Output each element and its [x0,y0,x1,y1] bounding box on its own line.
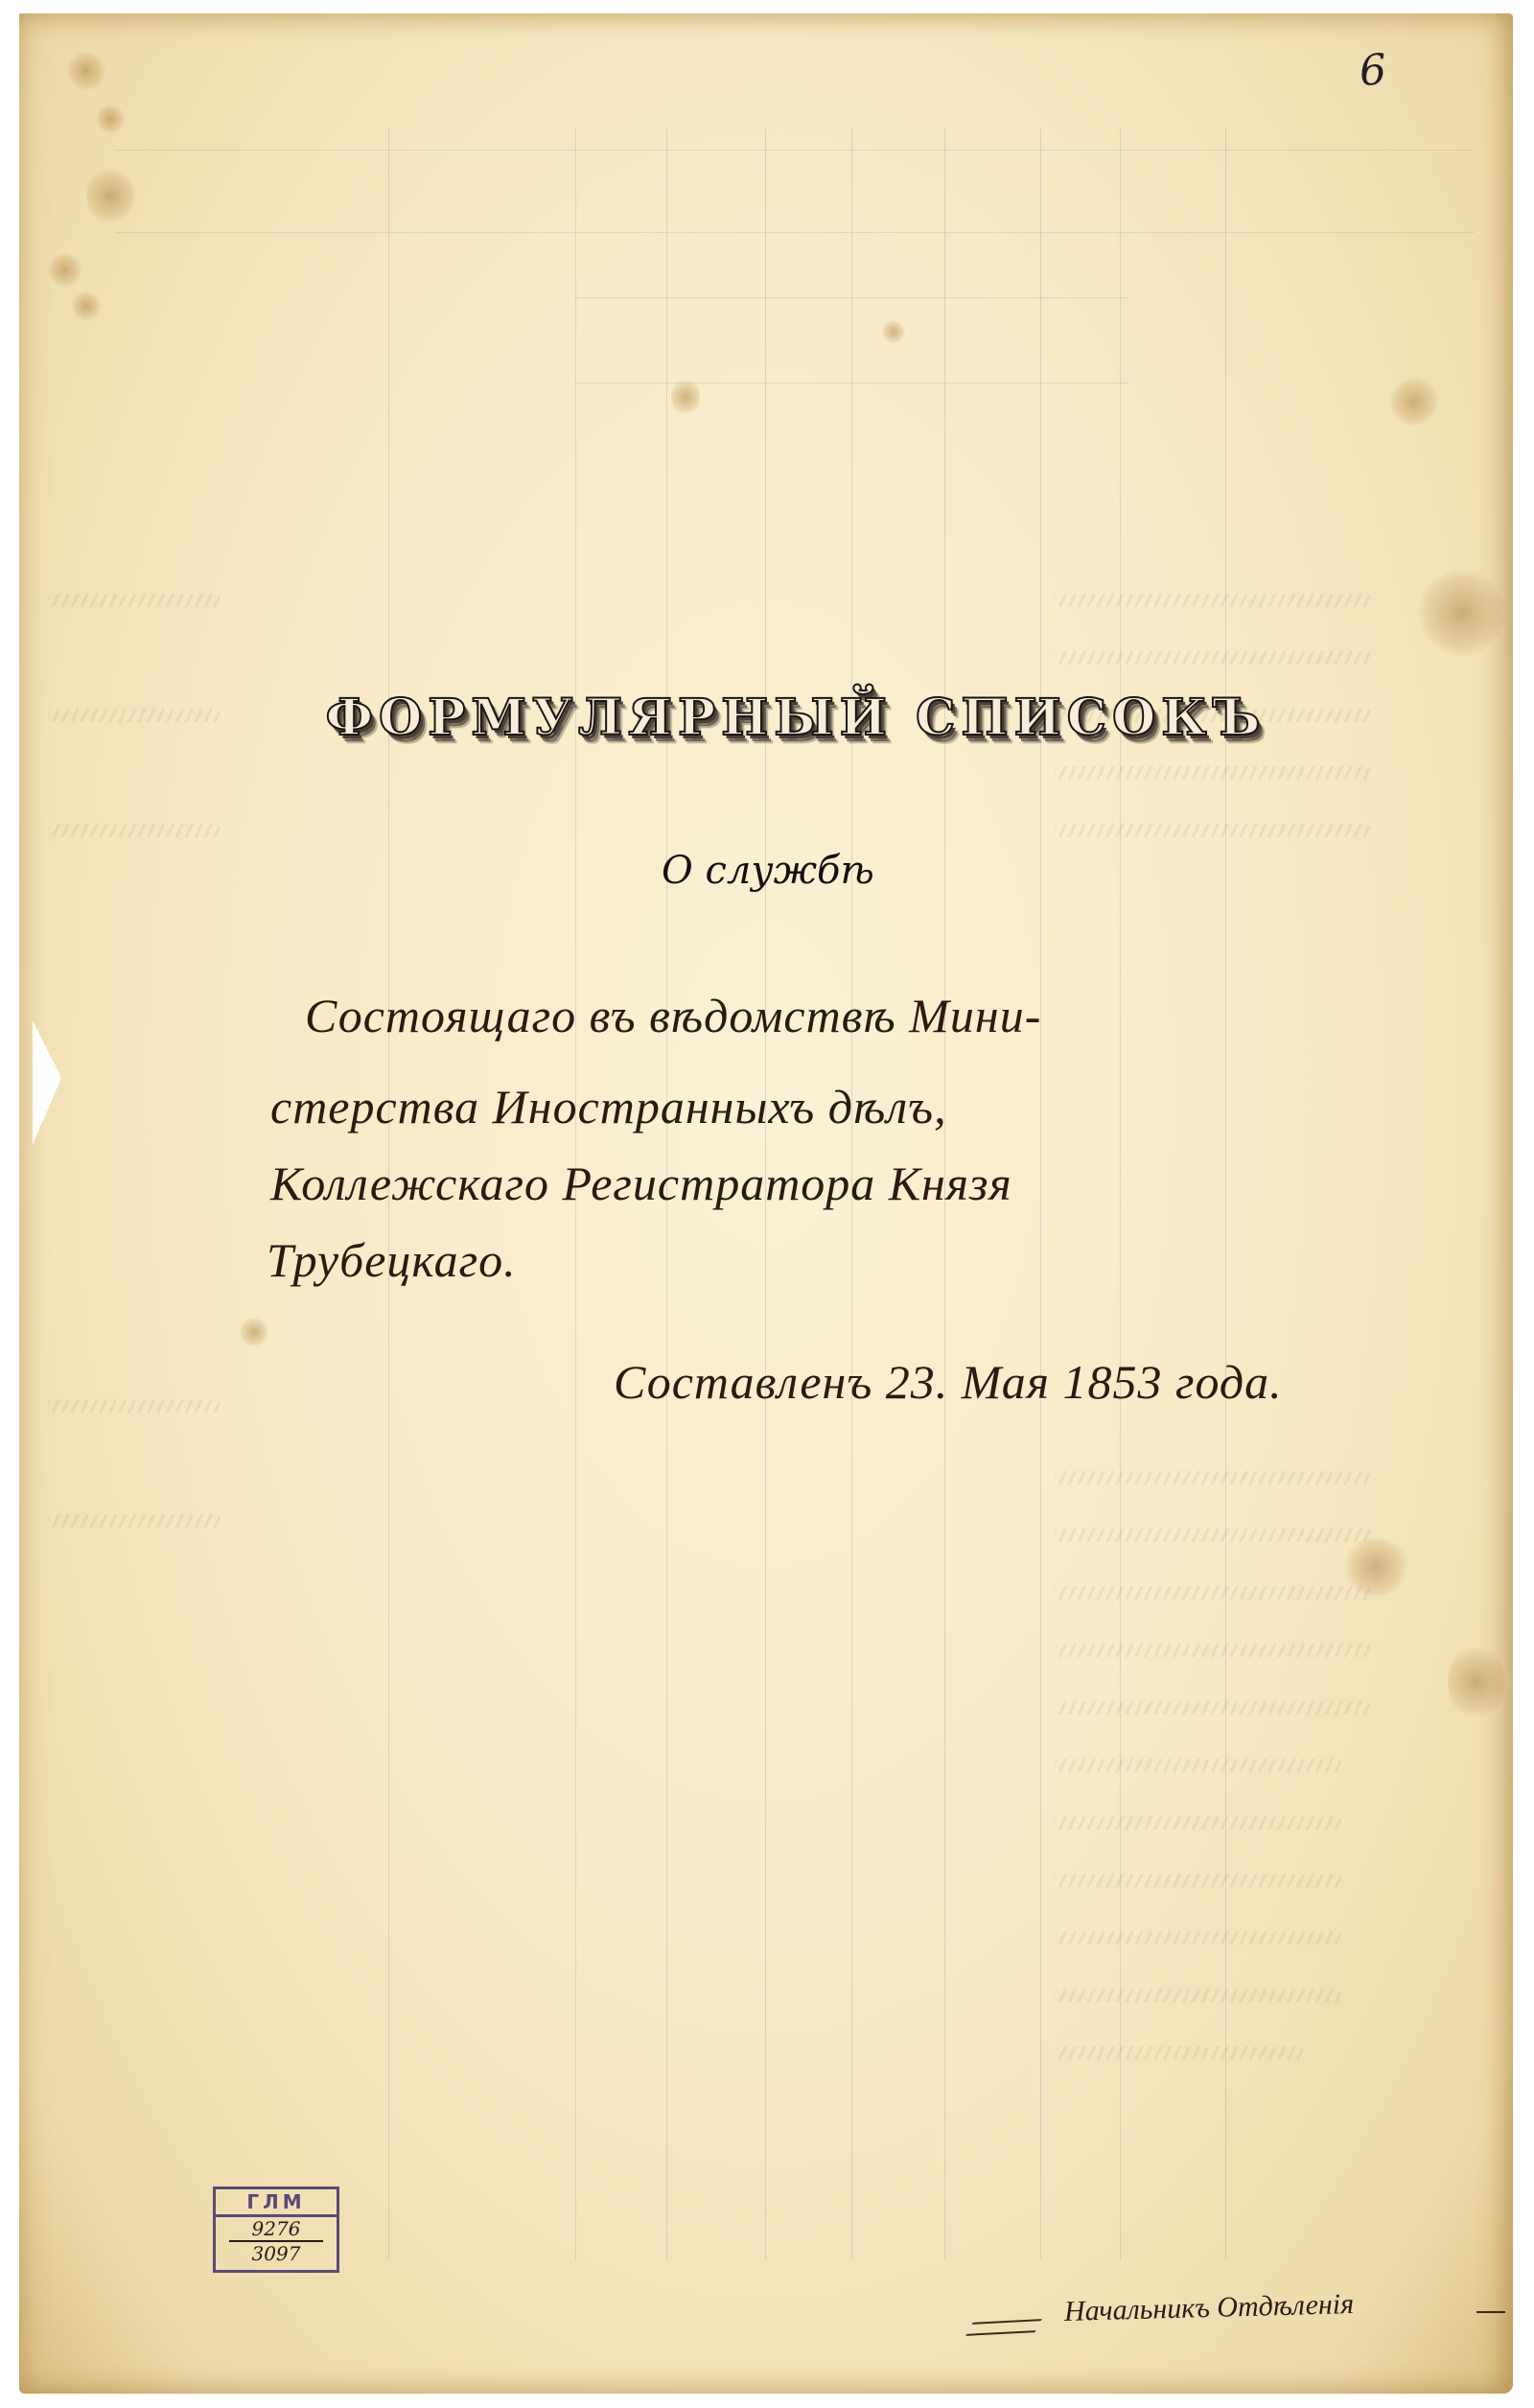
ruling-line [575,383,1129,384]
bleed-through-text [1055,1874,1342,1887]
document-subtitle: О службѣ [662,849,874,893]
bleed-through-text [1055,1931,1342,1945]
stain [1390,378,1438,426]
bleed-through-text [48,1399,221,1413]
bleed-through-text [1055,766,1371,780]
bleed-through-text [1055,1759,1342,1772]
stamp-header: ГЛМ [216,2189,337,2217]
stain [1342,1538,1409,1596]
bleed-through-text [1055,1989,1342,2002]
ruling-line [115,232,1475,233]
bleed-through-text [1055,1586,1371,1600]
bleed-through-text [1055,651,1371,665]
bleed-through-text [1055,2046,1304,2060]
body-line: стерства Иностранныхъ дѣлъ, [270,1079,947,1134]
stain [240,1318,268,1346]
bleed-through-text [1055,1816,1342,1830]
compiled-date: Составленъ 23. Мая 1853 года. [614,1354,1283,1410]
body-line: Коллежскаго Регистратора Князя [270,1156,1012,1211]
signature-flourish [1476,2311,1505,2313]
stain [671,378,700,416]
bleed-through-text [1055,824,1371,837]
body-line: Трубецкаго. [267,1232,517,1288]
bleed-through-text [48,1514,221,1528]
ruling-line [115,150,1475,151]
document-title: ФОРМУЛЯРНЫЙ СПИСОКЪ [316,689,1275,747]
stain [96,105,125,133]
torn-edge [33,1020,61,1145]
stain [1419,570,1505,656]
stamp-number-top: 9276 [229,2217,323,2242]
bleed-through-text [48,594,221,607]
bleed-through-text [48,824,221,837]
stain [67,52,105,90]
bleed-through-text [1055,1471,1371,1485]
bleed-through-text [1055,1644,1371,1657]
stain [882,320,905,343]
bleed-through-text [1055,1529,1371,1542]
stain [48,253,81,287]
stain [86,167,134,224]
body-line: Состоящаго въ вѣдомствѣ Мини- [305,988,1041,1043]
bleed-through-text [48,709,221,722]
ruling-line [575,297,1129,298]
archive-stamp: ГЛМ 9276 3097 [213,2186,339,2273]
stamp-number-bottom: 3097 [216,2242,337,2265]
page-number: 6 [1358,45,1387,96]
stain [1448,1644,1505,1720]
bleed-through-text [1055,594,1371,607]
ruling-line [1040,129,1041,2259]
stain [72,292,101,320]
bleed-through-text [1055,1701,1371,1715]
